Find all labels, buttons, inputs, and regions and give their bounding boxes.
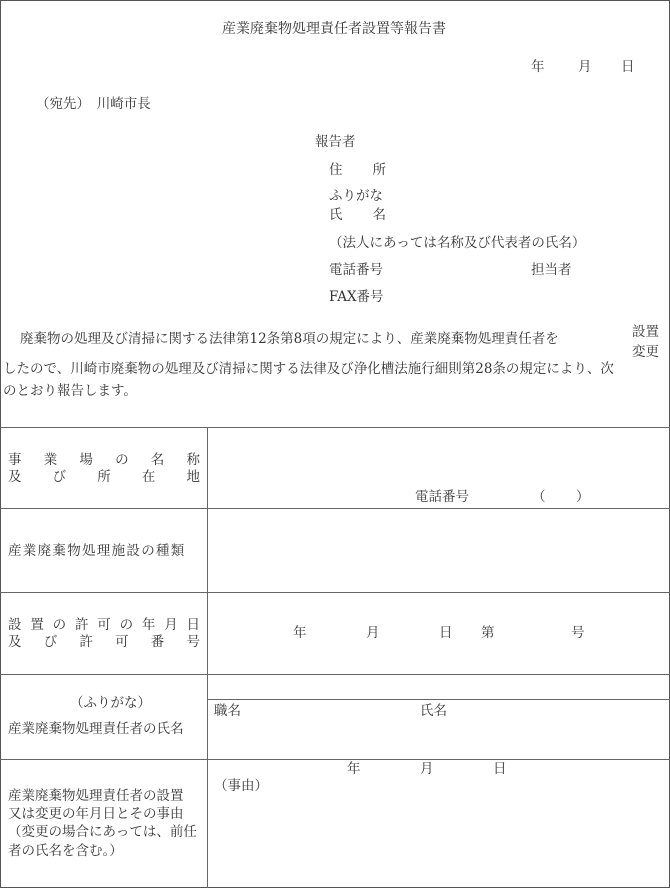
person-name-label: 氏名 — [420, 705, 447, 719]
row-divider-2 — [0, 592, 670, 593]
row-divider-4 — [0, 759, 670, 760]
contact-person-label: 担当者 — [531, 264, 572, 278]
change-label-line2: 又は変更の年月日とその事由 — [8, 808, 184, 822]
statement-line-3: のとおり報告します。 — [3, 385, 137, 399]
statement-line-2: したので、川崎市廃棄物の処理及び清掃に関する法律及び浄化槽法施行細則第28条の規… — [3, 363, 614, 377]
facility-type-label: 産業廃棄物処理施設の種類 — [8, 545, 186, 559]
permit-year-label: 年 — [293, 627, 307, 641]
corporate-note: （法人にあっては名称及び代表者の氏名） — [329, 237, 585, 251]
site-phone-paren-open: （ — [532, 491, 546, 505]
table-top-border — [0, 427, 670, 428]
change-month-label: 月 — [420, 763, 434, 777]
row-divider-3 — [0, 674, 670, 675]
change-label-line4: 者の氏名を含む。） — [8, 845, 123, 859]
column-divider — [207, 427, 208, 888]
name-label-char2: 名 — [373, 207, 387, 223]
address-label-char2: 所 — [373, 162, 387, 178]
site-phone-label: 電話番号 — [415, 491, 469, 505]
change-label-line3: （変更の場合にあっては、前任 — [8, 826, 197, 840]
position-label: 職名 — [214, 705, 241, 719]
change-day-label: 日 — [493, 763, 507, 777]
change-label-line1: 産業廃棄物処理責任者の設置 — [8, 790, 184, 804]
permit-number-prefix: 第 — [481, 627, 495, 641]
phone-label: 電話番号 — [329, 264, 383, 278]
date-day-label: 日 — [621, 61, 635, 75]
address-label: 住所 — [329, 164, 386, 178]
document-title: 産業廃棄物処理責任者設置等報告書 — [0, 22, 668, 36]
site-phone-paren-close: ） — [576, 491, 590, 505]
choice-install: 設置 — [632, 326, 659, 340]
furigana-label: ふりがな — [329, 190, 383, 204]
name-label: 氏名 — [329, 209, 386, 223]
permit-month-label: 月 — [366, 627, 380, 641]
date-month-label: 月 — [578, 61, 592, 75]
addressee: （宛先） 川崎市長 — [36, 98, 151, 112]
change-year-label: 年 — [347, 763, 361, 777]
responsible-furigana-label: （ふりがな） — [70, 697, 151, 711]
statement-line-1: 廃棄物の処理及び清掃に関する法律第12条第8項の規定により、産業廃棄物処理責任者… — [20, 333, 559, 347]
row1-label-line2: 及 び 所 在 地 — [8, 471, 200, 485]
row3-label-line2: 及 び 許 可 番 号 — [8, 636, 200, 650]
choice-change: 変更 — [632, 346, 659, 360]
row-divider-1 — [0, 508, 670, 509]
permit-number-suffix: 号 — [571, 627, 585, 641]
permit-day-label: 日 — [439, 627, 453, 641]
reporter-label: 報告者 — [315, 136, 356, 150]
responsible-name-label: 産業廃棄物処理責任者の氏名 — [8, 723, 184, 737]
date-year-label: 年 — [531, 61, 545, 75]
address-label-char1: 住 — [329, 162, 343, 178]
furigana-divider — [207, 699, 670, 700]
fax-label: FAX番号 — [329, 291, 384, 305]
row3-label-line1: 設 置 の 許 可 の 年 月 日 — [8, 619, 200, 633]
name-label-char1: 氏 — [329, 207, 343, 223]
row1-label-line1: 事 業 場 の 名 称 — [8, 454, 200, 468]
reason-label: （事由） — [214, 780, 268, 794]
